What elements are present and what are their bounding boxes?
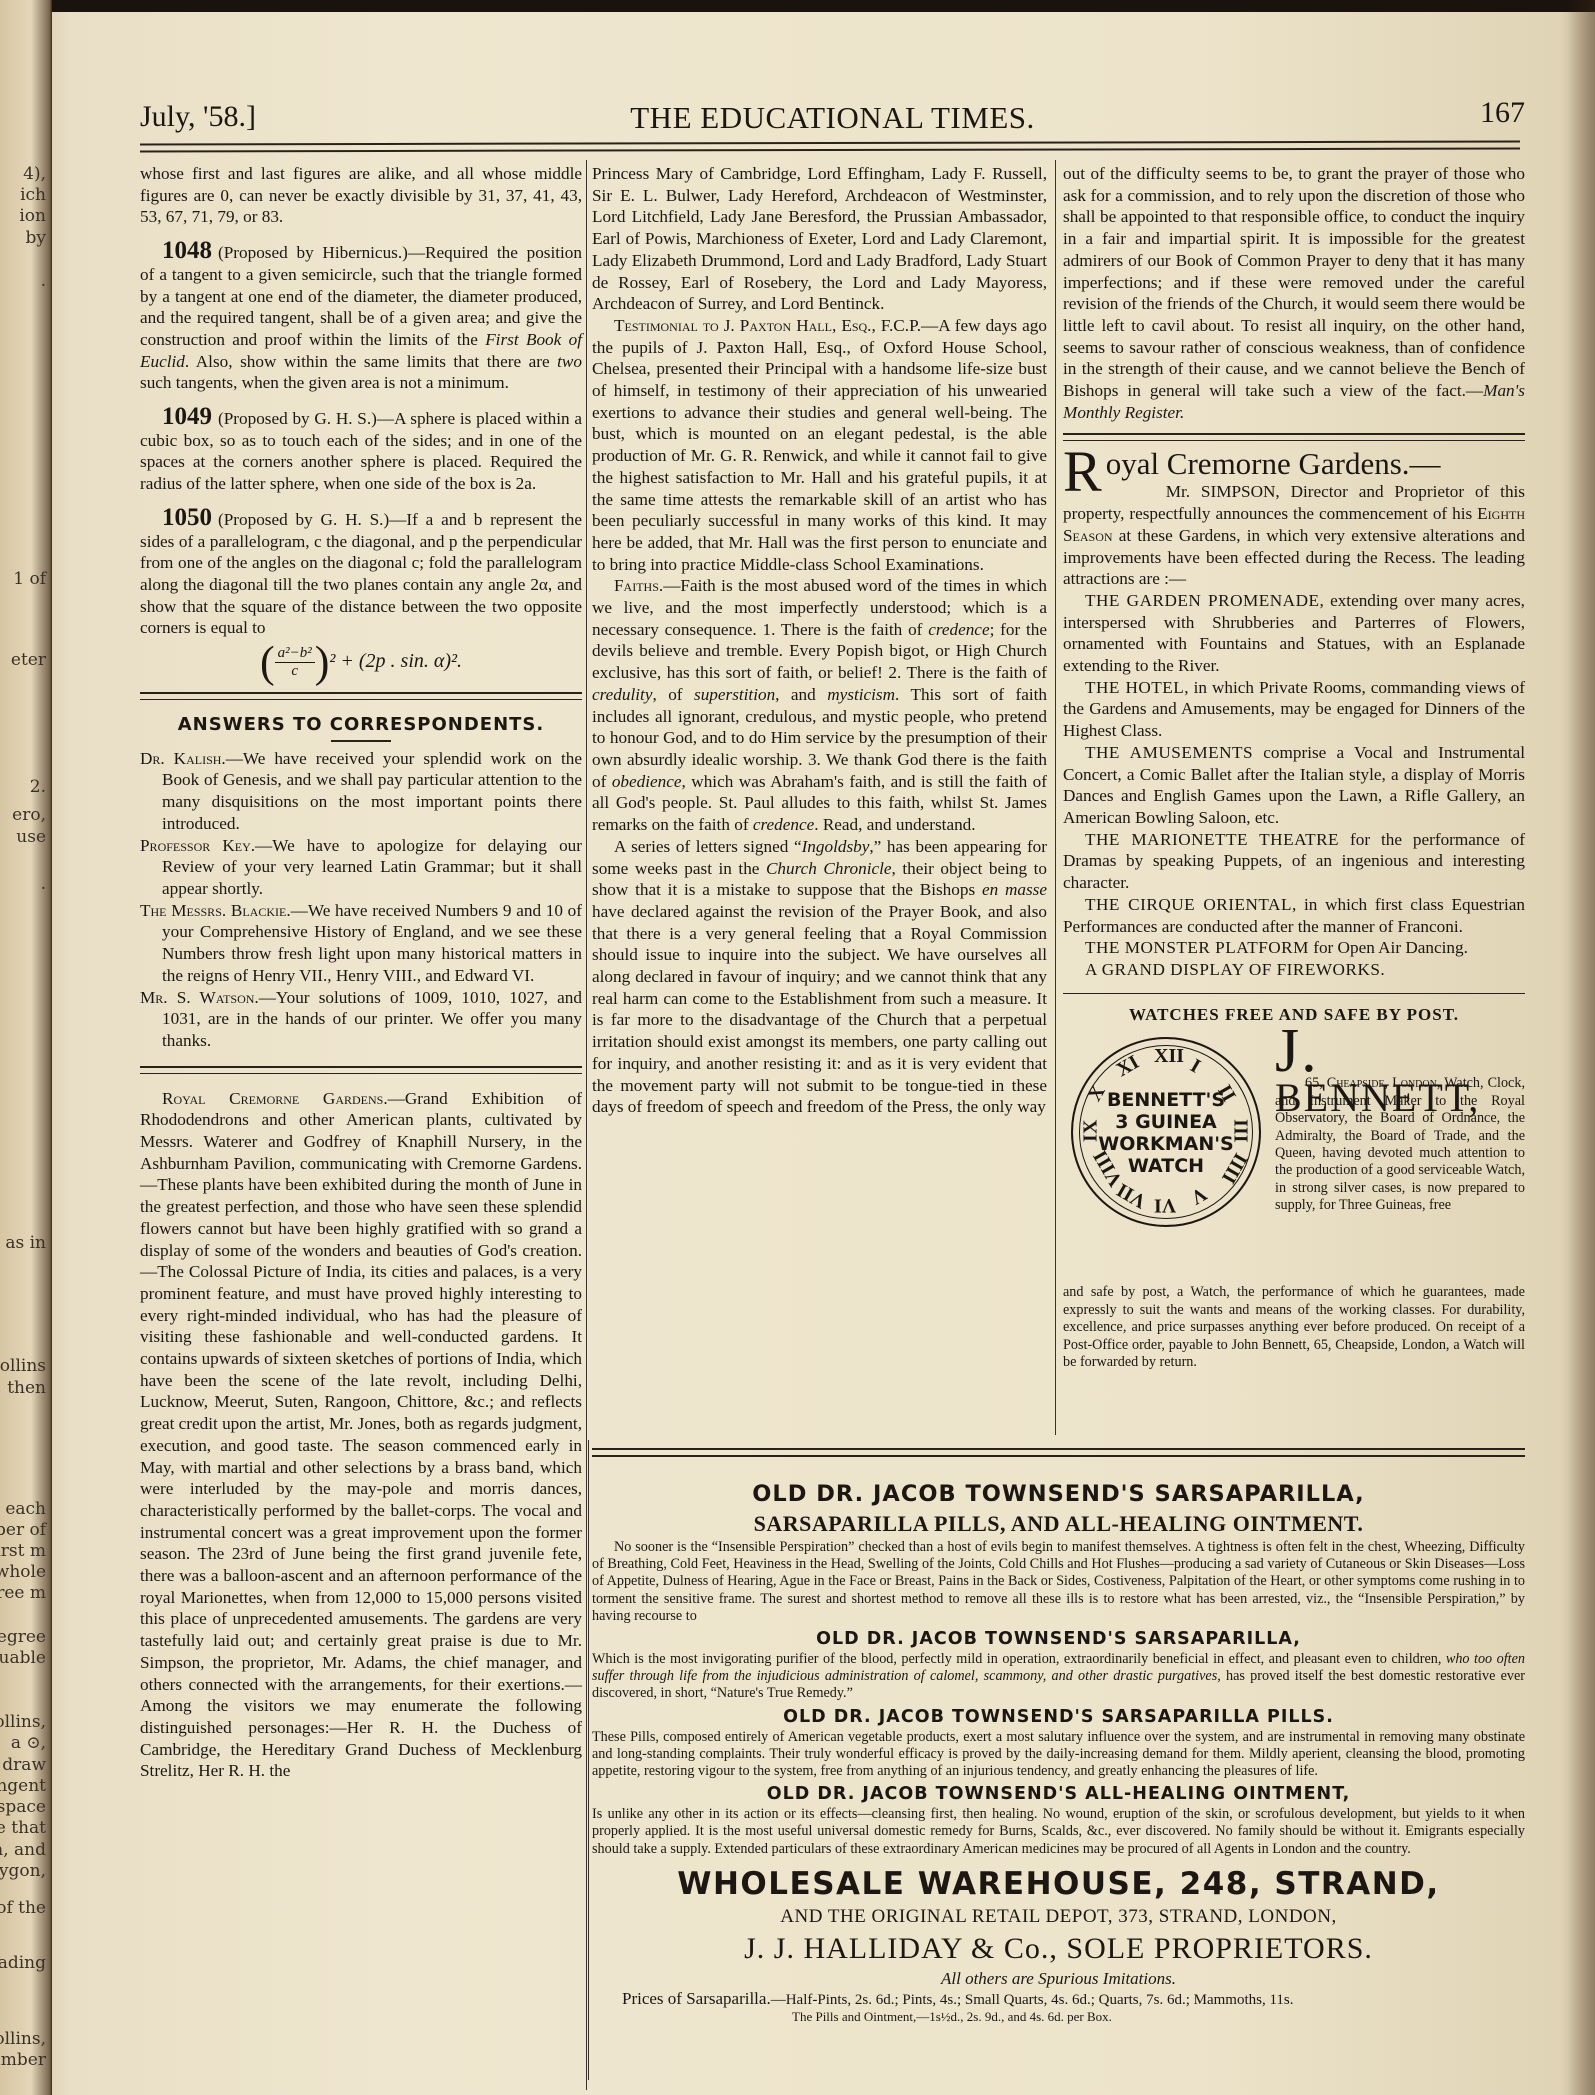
sarsaparilla-advertisement: OLD DR. JACOB TOWNSEND'S SARSAPARILLA, S… xyxy=(592,1440,1525,2025)
article-continuation: out of the difficulty seems to be, to gr… xyxy=(1063,163,1525,423)
ad-intro: Mr. SIMPSON, Director and Proprietor of … xyxy=(1063,481,1525,590)
watch-numeral: I xyxy=(1186,1056,1204,1079)
column-divider xyxy=(1055,160,1056,1435)
watch-ad-footer: and safe by post, a Watch, the performan… xyxy=(1063,1284,1525,1371)
facing-page-fragment: ero, xyxy=(12,806,46,825)
warehouse-address: WHOLESALE WAREHOUSE, 248, STRAND, xyxy=(592,1864,1525,1904)
visitors-list: Princess Mary of Cambridge, Lord Effingh… xyxy=(592,163,1047,315)
testimonial-article: Testimonial to J. Paxton Hall, Esq., F.C… xyxy=(592,315,1047,575)
attraction-item: THE MONSTER PLATFORM for Open Air Dancin… xyxy=(1063,937,1525,959)
facing-page-fragment: Collins, xyxy=(0,1713,46,1732)
column-1: whose first and last figures are alike, … xyxy=(140,163,582,1782)
facing-page-fragment: 1 of xyxy=(13,570,46,589)
ad-pills-text: These Pills, composed entirely of Americ… xyxy=(592,1729,1525,1781)
problem-number: 1049 xyxy=(162,403,212,430)
watch-numeral: V xyxy=(1187,1182,1210,1208)
header-rule xyxy=(140,141,1520,153)
spurious-notice: All others are Spurious Imitations. xyxy=(592,1968,1525,1990)
ad-sarsaparilla-text: Which is the most invigorating purifier … xyxy=(592,1651,1525,1703)
problem-number: 1050 xyxy=(162,504,212,531)
problem-number: 1048 xyxy=(162,237,212,264)
section-rule xyxy=(592,1448,1525,1457)
facing-page-fragment: ich xyxy=(20,186,46,205)
faiths-article: Faiths.—Faith is the most abused word of… xyxy=(592,575,1047,835)
problem-1048: 1048(Proposed by Hibernicus.)—Required t… xyxy=(140,240,582,394)
attraction-item: THE AMUSEMENTS comprise a Vocal and Inst… xyxy=(1063,742,1525,829)
column-2: Princess Mary of Cambridge, Lord Effingh… xyxy=(592,163,1047,1118)
facing-page-fragment: 2. xyxy=(30,778,46,797)
facing-page-fragment: angent xyxy=(0,1777,46,1796)
facing-page-fragment: Collins, xyxy=(0,2030,46,2049)
column-divider xyxy=(586,160,587,2090)
answer-item: Mr. S. Watson.—Your solutions of 1009, 1… xyxy=(140,987,582,1052)
facing-page-fragment: ollins xyxy=(0,1357,46,1376)
newspaper-page: 4),ichionby.1 ofeter2.ero,use.as inollin… xyxy=(0,0,1595,2095)
facing-page-fragment: a ⊙, xyxy=(11,1734,46,1753)
section-title-answers: ANSWERS TO CORRESPONDENTS. xyxy=(140,714,582,736)
facing-page-fragment: use xyxy=(16,828,46,847)
problem-continuation: whose first and last figures are alike, … xyxy=(140,163,582,228)
drop-cap: R xyxy=(1063,449,1102,495)
facing-page-fragment: leading xyxy=(0,1954,46,1973)
facing-page-fragment: degree xyxy=(0,1628,46,1647)
facing-page-fragment: olygon, xyxy=(0,1862,46,1881)
ad-section-ointment: OLD DR. JACOB TOWNSEND'S ALL-HEALING OIN… xyxy=(592,1782,1525,1806)
facing-page-strip: 4),ichionby.1 ofeter2.ero,use.as inollin… xyxy=(0,0,52,2095)
scan-top-edge xyxy=(0,0,1595,12)
answer-item: Professor Key.—We have to apologize for … xyxy=(140,835,582,900)
facing-page-fragment: . xyxy=(41,875,46,894)
watch-numeral: XI xyxy=(1113,1052,1143,1082)
attraction-item: THE MARIONETTE THEATRE for the performan… xyxy=(1063,829,1525,894)
section-rule xyxy=(140,1066,582,1074)
watch-dial-illustration: BENNETT'S3 GUINEAWORKMAN'SWATCH XIIIIIII… xyxy=(1071,1037,1261,1227)
masthead-title: THE EDUCATIONAL TIMES. xyxy=(140,100,1525,136)
facing-page-fragment: by xyxy=(26,229,47,248)
ad-headline: OLD DR. JACOB TOWNSEND'S SARSAPARILLA, xyxy=(592,1479,1525,1509)
facing-page-fragment: on, and xyxy=(0,1841,46,1860)
column-3: out of the difficulty seems to be, to gr… xyxy=(1063,163,1525,1371)
ad-subheadline: SARSAPARILLA PILLS, AND ALL-HEALING OINT… xyxy=(592,1509,1525,1539)
facing-page-fragment: . xyxy=(41,272,46,291)
problem-1050: 1050(Proposed by G. H. S.)—If a and b re… xyxy=(140,507,582,639)
short-rule xyxy=(331,740,391,742)
facing-page-fragment: of the xyxy=(0,1899,46,1918)
ad-section-pills: OLD DR. JACOB TOWNSEND'S SARSAPARILLA PI… xyxy=(592,1705,1525,1729)
attractions-list: THE GARDEN PROMENADE, extending over man… xyxy=(1063,590,1525,981)
watch-numeral: III xyxy=(1229,1119,1251,1142)
facing-page-fragment: whole xyxy=(0,1563,46,1582)
watch-advertisement: BENNETT'S3 GUINEAWORKMAN'SWATCH XIIIIIII… xyxy=(1063,1031,1525,1284)
facing-page-fragment: eter xyxy=(11,651,46,670)
formula: (a²−b²c)² + (2p . sin. α)². xyxy=(140,645,582,680)
facing-page-fragment: , then xyxy=(0,1379,46,1398)
cremorne-advertisement: Royal Cremorne Gardens.— Mr. SIMPSON, Di… xyxy=(1063,447,1525,980)
watch-numeral: VI xyxy=(1154,1194,1176,1216)
proprietors: J. J. HALLIDAY & Co., SOLE PROPRIETORS. xyxy=(592,1930,1525,1968)
facing-page-fragment: ion xyxy=(19,207,46,226)
watch-ad-body: 65, Cheapside, London, Watch, Clock, and… xyxy=(1275,1075,1525,1214)
facing-page-fragment: number xyxy=(0,2051,46,2070)
facing-page-fragment: ve that xyxy=(0,1819,46,1838)
page-header: July, '58.] THE EDUCATIONAL TIMES. 167 xyxy=(140,100,1525,140)
attraction-item: A GRAND DISPLAY OF FIREWORKS. xyxy=(1063,959,1525,981)
facing-page-fragment: aluable xyxy=(0,1649,46,1668)
watch-numeral: IX xyxy=(1080,1120,1102,1142)
attraction-item: THE HOTEL, in which Private Rooms, comma… xyxy=(1063,677,1525,742)
section-rule xyxy=(1063,433,1525,441)
column-divider xyxy=(588,1440,589,2080)
facing-page-fragment: as in xyxy=(5,1234,46,1253)
attraction-item: THE CIRQUE ORIENTAL, in which first clas… xyxy=(1063,894,1525,937)
facing-page-fragment: ; draw xyxy=(0,1756,46,1775)
price-list: Prices of Sarsaparilla.—Half-Pints, 2s. … xyxy=(622,1990,1525,2009)
answers-list: Dr. Kalish.—We have received your splend… xyxy=(140,748,582,1052)
attraction-item: THE GARDEN PROMENADE, extending over man… xyxy=(1063,590,1525,677)
watch-numeral: XII xyxy=(1154,1046,1184,1068)
ad-section-sarsaparilla: OLD DR. JACOB TOWNSEND'S SARSAPARILLA, xyxy=(592,1627,1525,1651)
facing-page-fragment: n each xyxy=(0,1500,46,1519)
cremorne-article: Royal Cremorne Gardens.—Grand Exhibition… xyxy=(140,1088,582,1783)
price-list-pills: The Pills and Ointment,—1s½d., 2s. 9d., … xyxy=(792,2009,1525,2025)
facing-page-fragment: ber of xyxy=(0,1521,46,1540)
facing-page-fragment: space xyxy=(0,1798,46,1817)
page-edge-shadow xyxy=(1567,0,1595,2095)
ingoldsby-article: A series of letters signed “Ingoldsby,” … xyxy=(592,836,1047,1118)
facing-page-fragment: hree m xyxy=(0,1584,46,1603)
retail-depot: AND THE ORIGINAL RETAIL DEPOT, 373, STRA… xyxy=(592,1904,1525,1930)
facing-page-fragment: 4), xyxy=(23,165,46,184)
ad-intro: No sooner is the “Insensible Perspiratio… xyxy=(592,1539,1525,1625)
answer-item: The Messrs. Blackie.—We have received Nu… xyxy=(140,900,582,987)
page-number: 167 xyxy=(1480,96,1525,130)
problem-1049: 1049(Proposed by G. H. S.)—A sphere is p… xyxy=(140,406,582,495)
ad-title: Royal Cremorne Gardens.— xyxy=(1063,447,1525,481)
section-rule xyxy=(140,692,582,700)
ad-ointment-text: Is unlike any other in its action or its… xyxy=(592,1806,1525,1858)
facing-page-fragment: irst m xyxy=(0,1542,46,1561)
answer-item: Dr. Kalish.—We have received your splend… xyxy=(140,748,582,835)
section-rule xyxy=(1063,993,1525,994)
